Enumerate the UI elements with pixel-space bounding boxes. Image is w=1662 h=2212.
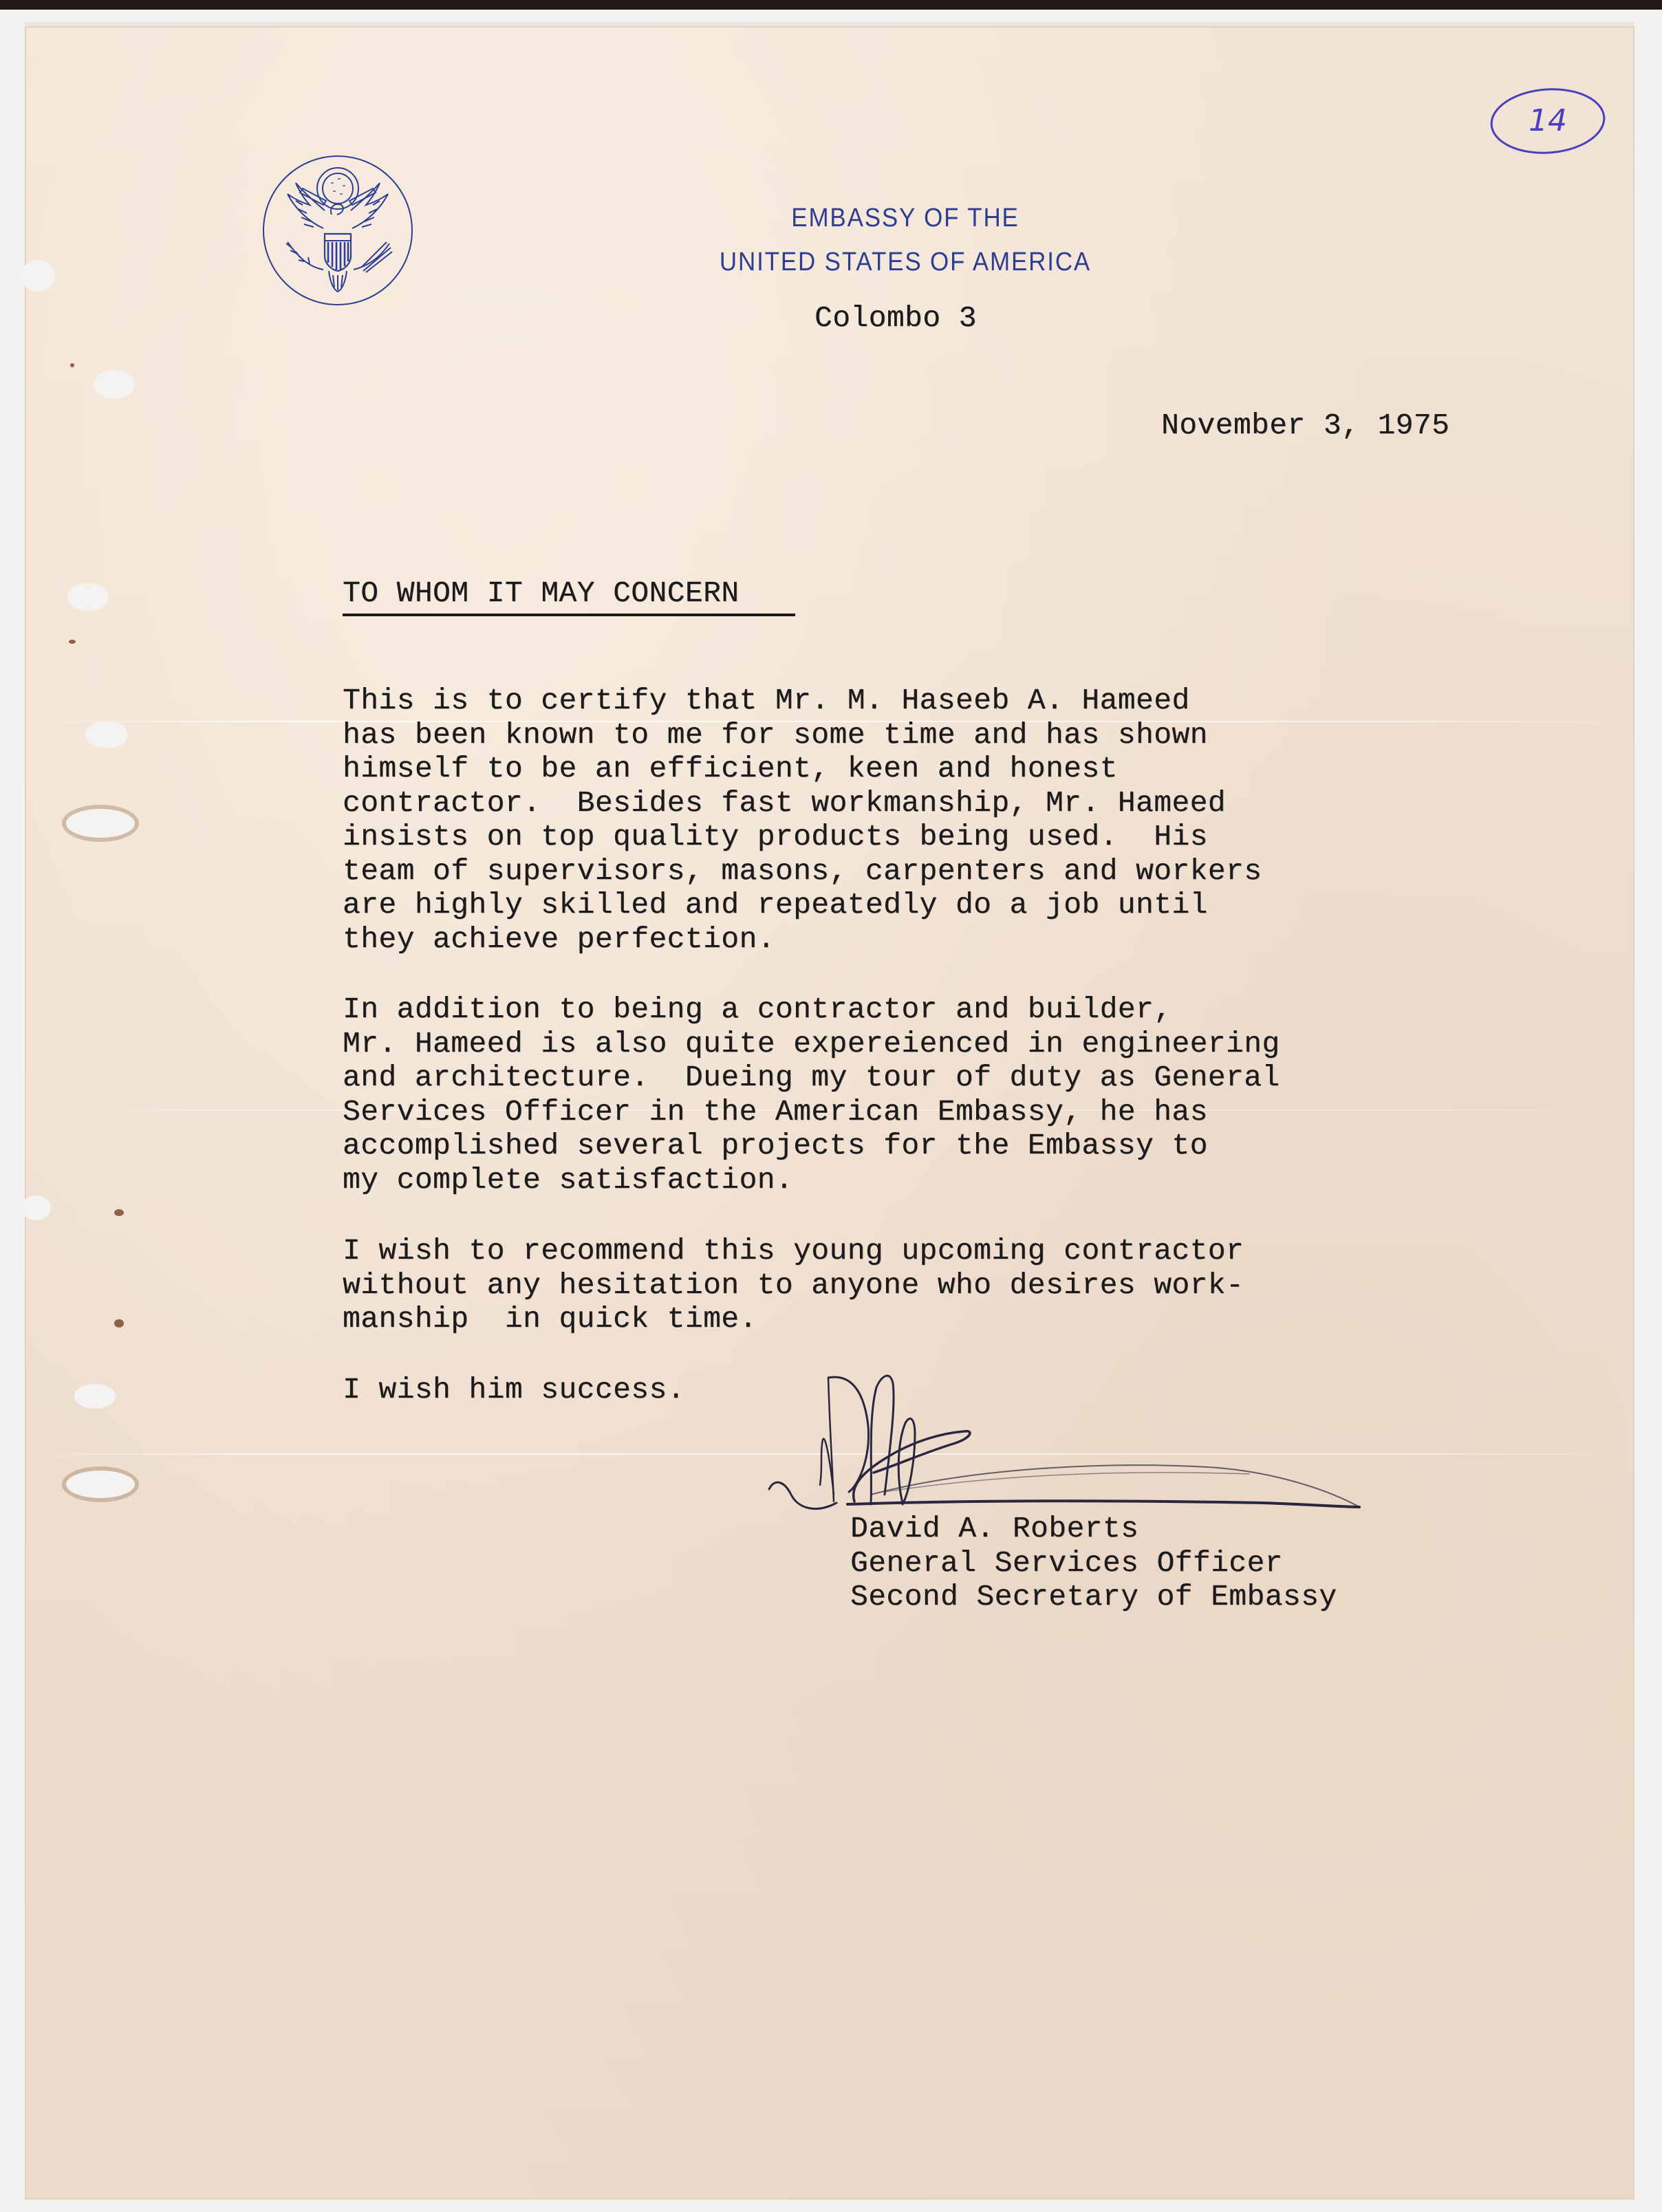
rust-stain [70, 363, 74, 367]
rust-stain [69, 640, 76, 644]
folio-number-circled: 14 [1487, 85, 1610, 157]
salutation: TO WHOM IT MAY CONCERN [343, 576, 740, 611]
svg-text:14: 14 [1529, 103, 1567, 138]
rust-stain [114, 1209, 124, 1216]
signatory-title-1: General Services Officer [850, 1546, 1283, 1580]
rust-stain [114, 1319, 124, 1327]
signatory-title-2: Second Secretary of Embassy [850, 1580, 1337, 1614]
punch-hole [85, 721, 128, 748]
letter-date: November 3, 1975 [1161, 409, 1449, 443]
signatory-block: David A. Roberts General Services Office… [850, 1512, 1337, 1614]
punch-hole [21, 260, 55, 292]
signatory-name: David A. Roberts [850, 1512, 1138, 1546]
salutation-underline [343, 614, 795, 616]
great-seal-icon [260, 153, 415, 308]
letterhead-city: Colombo 3 [814, 301, 977, 336]
punch-hole [74, 1384, 116, 1409]
body-paragraph-2: In addition to being a contractor and bu… [343, 993, 1280, 1197]
body-paragraph-1: This is to certify that Mr. M. Haseeb A.… [343, 684, 1262, 956]
handwritten-signature-icon [768, 1357, 1490, 1522]
letterhead-line-2: UNITED STATES OF AMERICA [538, 248, 1272, 277]
scanner-edge [0, 0, 1662, 10]
punch-hole-torn [66, 1471, 135, 1498]
punch-hole [94, 370, 135, 399]
punch-hole [67, 583, 109, 611]
letter-page: 14 [25, 22, 1634, 2200]
letterhead-line-1: EMBASSY OF THE [538, 204, 1272, 233]
closing-line: I wish him success. [343, 1373, 685, 1407]
body-paragraph-3: I wish to recommend this young upcoming … [343, 1234, 1244, 1336]
punch-hole [21, 1195, 51, 1220]
punch-hole-torn [66, 809, 135, 838]
